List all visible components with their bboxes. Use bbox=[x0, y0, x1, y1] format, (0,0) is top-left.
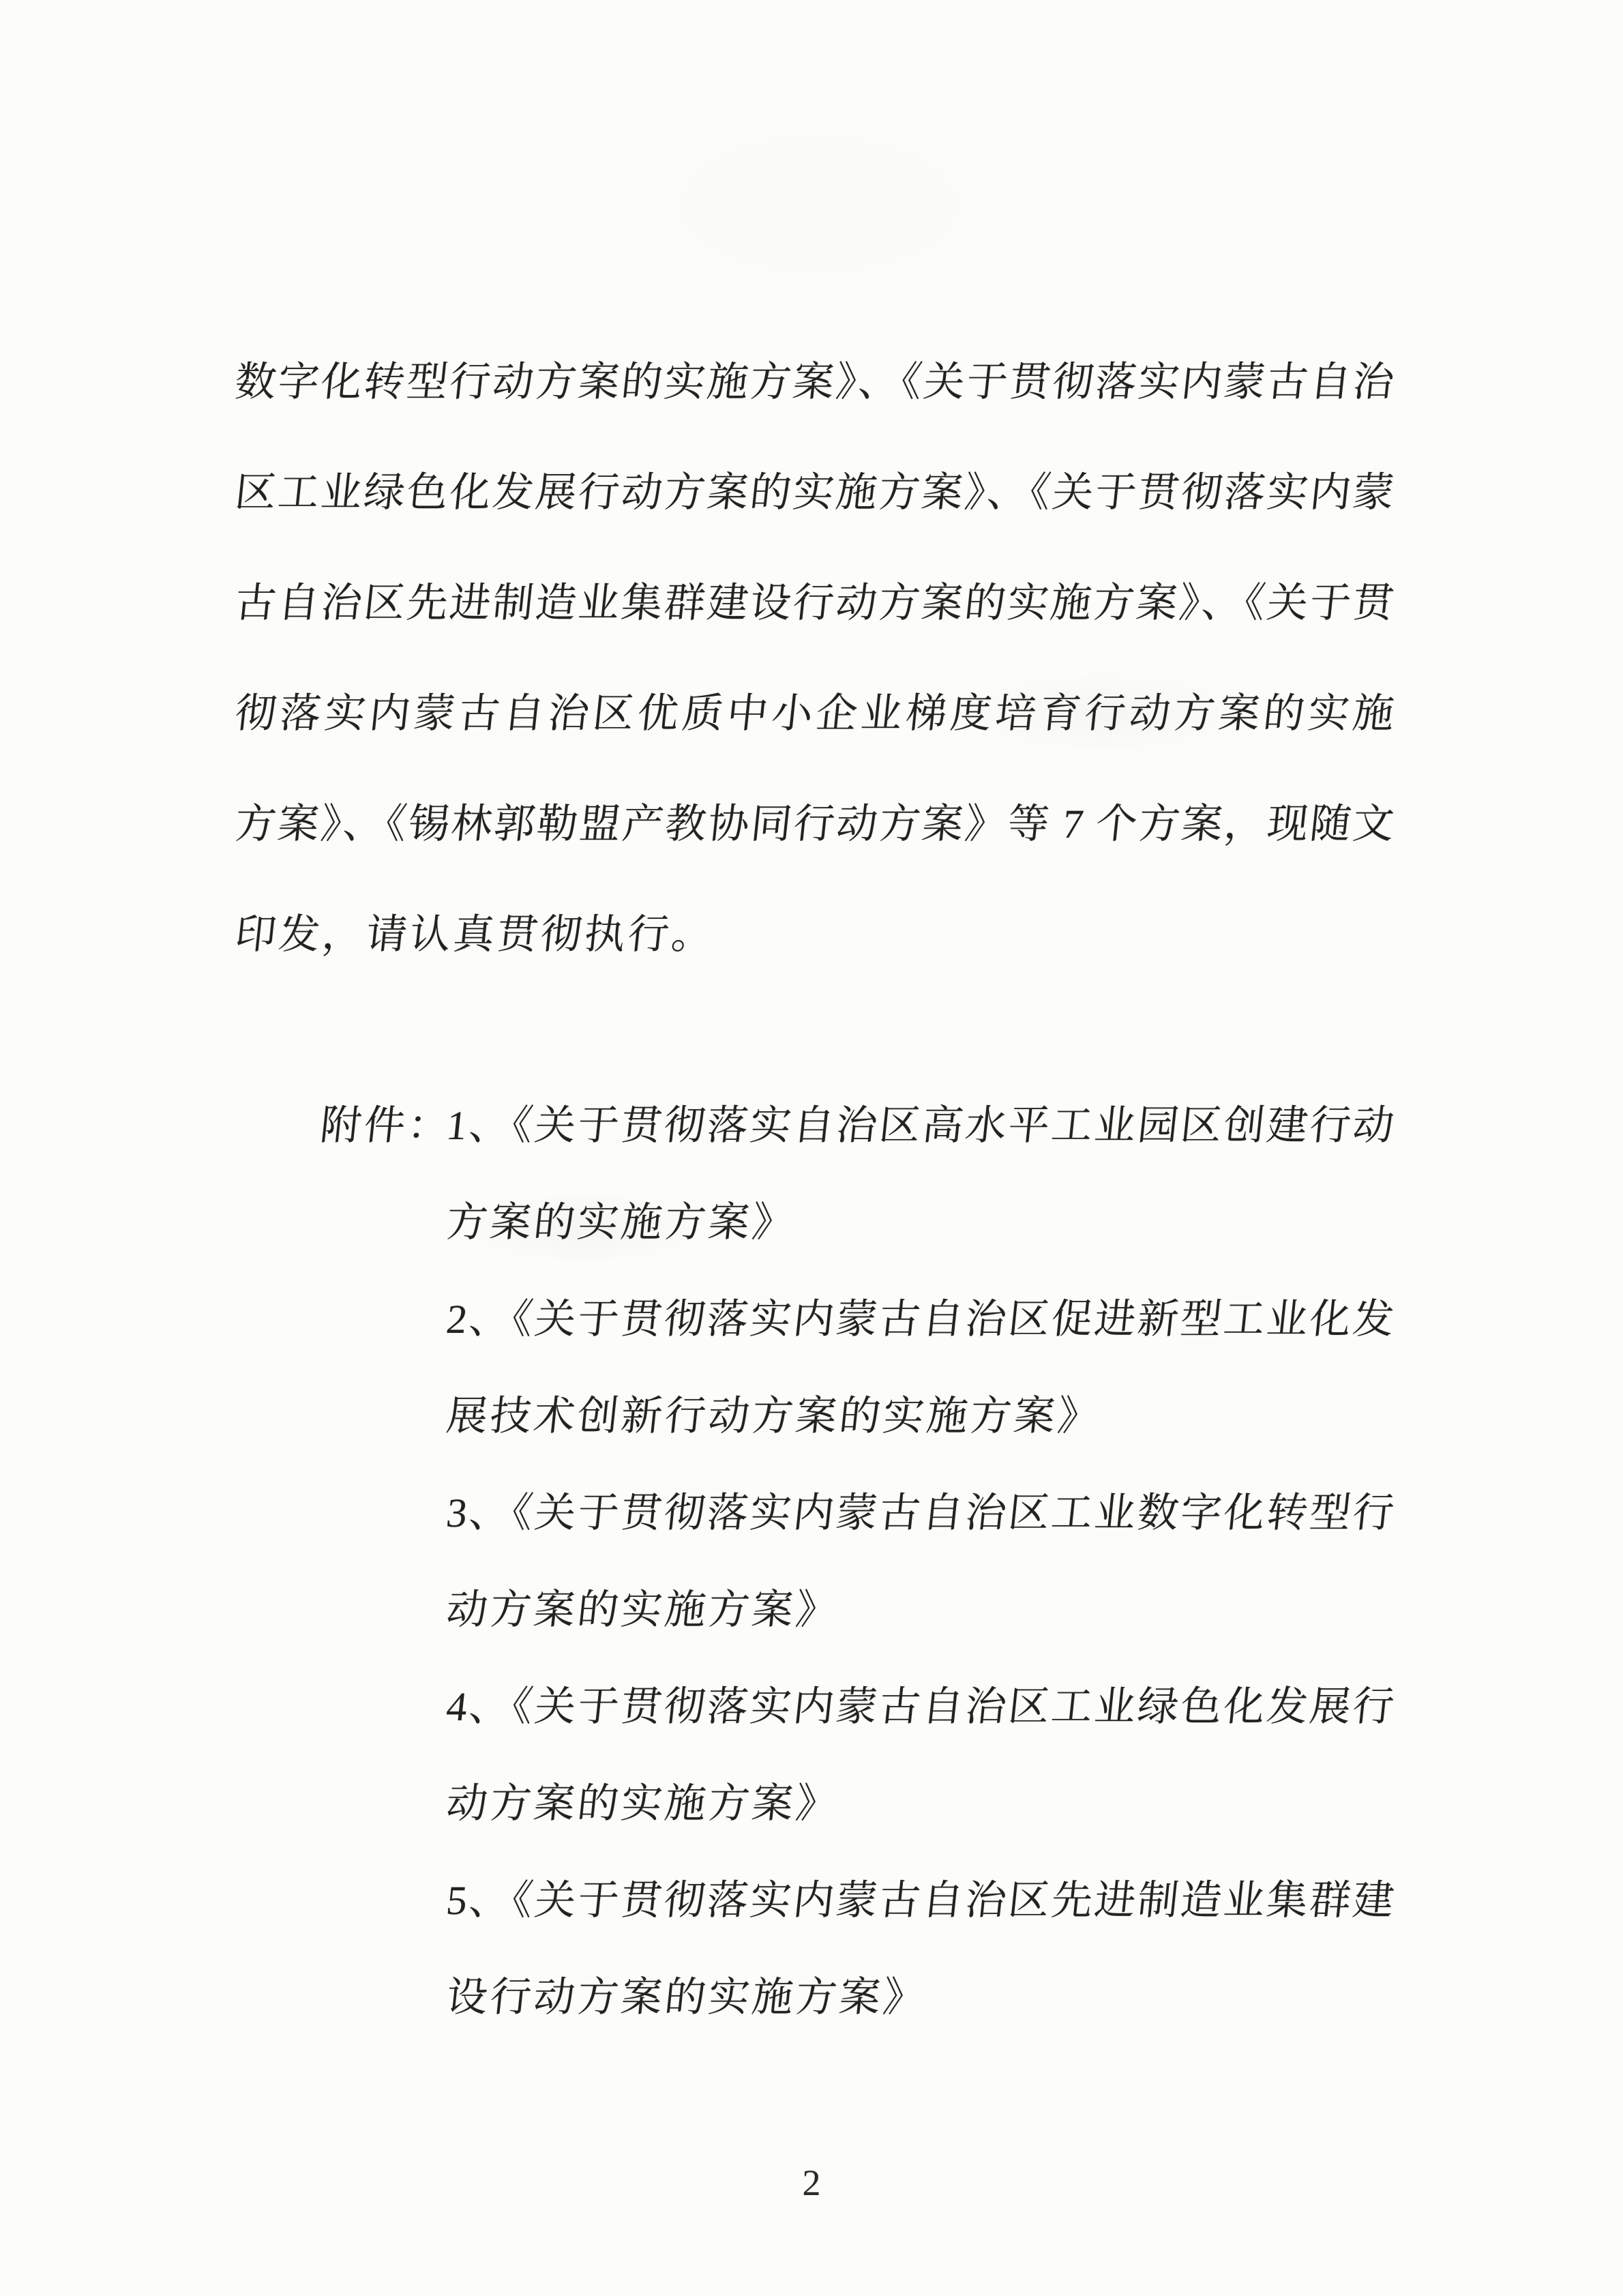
attachment-item-line: 2、《关于贯彻落实内蒙古自治区促进新型工业化发 bbox=[442, 1271, 1400, 1368]
attachment-item-line: 动方案的实施方案》 bbox=[442, 1561, 1400, 1658]
attachments-list: 1、《关于贯彻落实自治区高水平工业园区创建行动 方案的实施方案》 2、《关于贯彻… bbox=[447, 1077, 1395, 2046]
attachment-item-line: 设行动方案的实施方案》 bbox=[442, 1949, 1400, 2046]
attachment-item-line: 动方案的实施方案》 bbox=[442, 1755, 1400, 1852]
body-line: 区工业绿色化发展行动方案的实施方案》、《关于贯彻落实内蒙 bbox=[229, 437, 1400, 548]
attachment-item-line: 展技术创新行动方案的实施方案》 bbox=[442, 1368, 1400, 1465]
body-line: 印发，请认真贯彻执行。 bbox=[229, 879, 1400, 990]
attachment-item-line: 5、《关于贯彻落实内蒙古自治区先进制造业集群建 bbox=[442, 1852, 1400, 1949]
attachments-label: 附件： bbox=[316, 1077, 457, 1174]
document-page: 数字化转型行动方案的实施方案》、《关于贯彻落实内蒙古自治 区工业绿色化发展行动方… bbox=[0, 0, 1623, 2296]
attachment-item-line: 方案的实施方案》 bbox=[442, 1174, 1400, 1271]
body-line: 彻落实内蒙古自治区优质中小企业梯度培育行动方案的实施 bbox=[229, 658, 1400, 769]
body-line: 古自治区先进制造业集群建设行动方案的实施方案》、《关于贯 bbox=[229, 548, 1400, 658]
page-number: 2 bbox=[0, 2155, 1623, 2210]
body-line: 数字化转型行动方案的实施方案》、《关于贯彻落实内蒙古自治 bbox=[229, 327, 1400, 437]
attachment-item-line: 4、《关于贯彻落实内蒙古自治区工业绿色化发展行 bbox=[442, 1658, 1400, 1755]
attachment-item-line: 3、《关于贯彻落实内蒙古自治区工业数字化转型行 bbox=[442, 1465, 1400, 1561]
attachment-item-line: 1、《关于贯彻落实自治区高水平工业园区创建行动 bbox=[442, 1077, 1400, 1174]
body-paragraph: 数字化转型行动方案的实施方案》、《关于贯彻落实内蒙古自治 区工业绿色化发展行动方… bbox=[235, 327, 1395, 990]
body-line: 方案》、《锡林郭勒盟产教协同行动方案》等 7 个方案，现随文 bbox=[229, 769, 1400, 879]
